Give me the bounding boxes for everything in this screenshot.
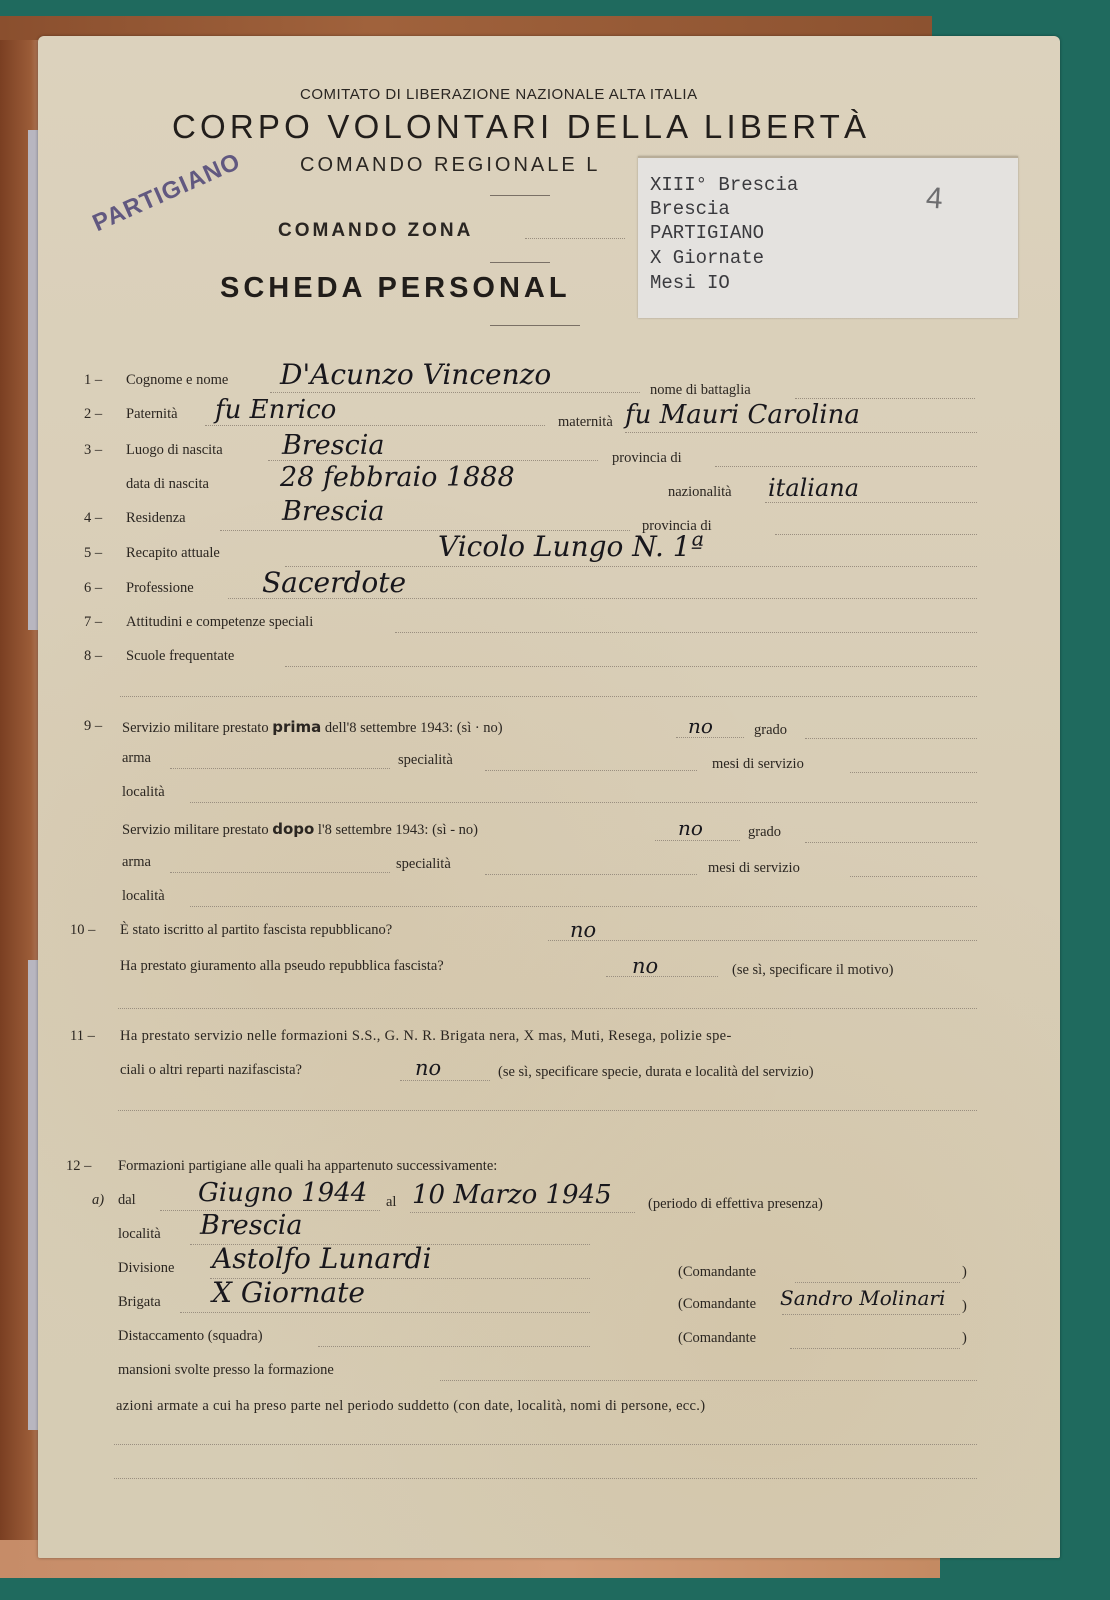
- division-commander-label: (Comandante: [678, 1264, 756, 1281]
- armed-actions-field-2: [114, 1478, 977, 1479]
- birthplace-label: Luogo di nascita: [126, 442, 223, 459]
- arm-label: arma: [122, 750, 151, 767]
- specialty-label-2: specialità: [396, 856, 451, 873]
- field-number: 7 –: [84, 614, 102, 631]
- dotted-line: [400, 1080, 490, 1081]
- paternity-label: Paternità: [126, 406, 178, 423]
- from-date-value: Giugno 1944: [198, 1178, 367, 1208]
- profession-value: Sacerdote: [262, 566, 406, 599]
- rank-field-2: [805, 842, 977, 843]
- maternity-value: fu Mauri Carolina: [625, 400, 860, 430]
- to-date-value: 10 Marzo 1945: [412, 1180, 612, 1210]
- zone-command-heading: COMANDO ZONA: [278, 220, 473, 242]
- label-line: PARTIGIANO: [650, 222, 764, 244]
- partisan-formations-title: Formazioni partigiane alle quali ha appa…: [118, 1158, 497, 1175]
- service-after-label: Servizio militare prestato dopo l'8 sett…: [122, 820, 478, 839]
- close-paren: ): [962, 1298, 967, 1315]
- divider: [490, 325, 580, 326]
- ss-service-answer: no: [415, 1056, 441, 1080]
- field-number: 2 –: [84, 406, 102, 423]
- service-before-label: Servizio militare prestato prima dell'8 …: [122, 718, 503, 737]
- ss-service-detail-field: [118, 1110, 977, 1111]
- typed-label-card: XIII° Brescia Brescia PARTIGIANO X Giorn…: [638, 156, 1018, 318]
- nationality-value: italiana: [768, 474, 859, 502]
- months-label: mesi di servizio: [712, 756, 804, 773]
- armed-actions-label: azioni armate a cui ha preso parte nel p…: [116, 1398, 705, 1415]
- ss-service-note: (se sì, specificare specie, durata e loc…: [498, 1064, 814, 1081]
- locality-label-2: località: [122, 888, 165, 905]
- field-number: 9 –: [84, 718, 102, 735]
- name-label: Cognome e nome: [126, 372, 228, 389]
- brigade-commander-label: (Comandante: [678, 1296, 756, 1313]
- label-line: X Giornate: [650, 247, 764, 269]
- field-number: 4 –: [84, 510, 102, 527]
- label-line: Brescia: [650, 198, 730, 220]
- to-label: al: [386, 1194, 396, 1211]
- address-value: Vicolo Lungo N. 1ª: [438, 530, 704, 563]
- field-number: 10 –: [70, 922, 95, 939]
- oath-question: Ha prestato giuramento alla pseudo repub…: [120, 958, 444, 975]
- residence-label: Residenza: [126, 510, 186, 527]
- form-title: SCHEDA PERSONAL: [220, 272, 571, 305]
- close-paren: ): [962, 1330, 967, 1347]
- service-before-date: dell'8 settembre 1943: (sì · no): [325, 720, 503, 736]
- rank-label-2: grado: [748, 824, 781, 841]
- brigade-label: Brigata: [118, 1294, 161, 1311]
- divider: [490, 262, 550, 263]
- rank-label: grado: [754, 722, 787, 739]
- arm-field: [170, 768, 390, 769]
- dotted-line: [410, 1212, 635, 1213]
- arm-field-2: [170, 872, 390, 873]
- divider: [490, 195, 550, 196]
- service-before-value: no: [688, 714, 713, 738]
- birthplace-value: Brescia: [282, 430, 384, 461]
- service-after-text: Servizio militare prestato: [122, 822, 269, 838]
- maternity-label: maternità: [558, 414, 613, 431]
- dotted-line: [548, 940, 977, 941]
- battle-name-field: [795, 398, 975, 399]
- brigade-commander-value: Sandro Molinari: [780, 1286, 945, 1310]
- schools-field-2: [120, 696, 977, 697]
- dotted-line: [655, 840, 740, 841]
- brigade-value: X Giornate: [212, 1276, 365, 1309]
- duties-field: [440, 1380, 977, 1381]
- from-label: dal: [118, 1192, 136, 1209]
- field-number: 3 –: [84, 442, 102, 459]
- specialty-field-2: [485, 874, 697, 875]
- zone-field: [525, 238, 625, 239]
- oath-reason-field: [118, 1008, 977, 1009]
- ss-service-question-2: ciali o altri reparti nazifascista?: [120, 1062, 302, 1079]
- regional-command-heading: COMANDO REGIONALE L: [300, 154, 600, 177]
- dotted-line: [782, 1314, 960, 1315]
- rank-field: [805, 738, 977, 739]
- service-before-text: Servizio militare prestato: [122, 720, 269, 736]
- pencil-mark: 4: [925, 181, 944, 216]
- formation-locality-value: Brescia: [200, 1210, 302, 1241]
- service-after-bold: dopo: [272, 820, 314, 838]
- dotted-line: [205, 425, 545, 426]
- oath-answer: no: [632, 954, 658, 978]
- dotted-line: [625, 432, 977, 433]
- birthdate-value: 28 febbraio 1888: [280, 462, 515, 493]
- specialty-label: specialità: [398, 752, 453, 769]
- locality-field-2: [190, 906, 977, 907]
- field-number: 11 –: [70, 1028, 95, 1045]
- detachment-field: [318, 1346, 590, 1347]
- period-note: (periodo di effettiva presenza): [648, 1196, 823, 1213]
- close-paren: ): [962, 1264, 967, 1281]
- province-field: [715, 466, 977, 467]
- division-value: Astolfo Lunardi: [212, 1242, 431, 1275]
- corps-heading: CORPO VOLONTARI DELLA LIBERTÀ: [172, 108, 870, 146]
- field-number: 5 –: [84, 545, 102, 562]
- item-marker: a): [92, 1192, 104, 1209]
- field-number: 6 –: [84, 580, 102, 597]
- service-after-value: no: [678, 816, 703, 840]
- province-label: provincia di: [612, 450, 682, 467]
- months-field: [850, 772, 977, 773]
- field-number: 12 –: [66, 1158, 91, 1175]
- field-number: 1 –: [84, 372, 102, 389]
- months-label-2: mesi di servizio: [708, 860, 800, 877]
- province-field-2: [775, 534, 977, 535]
- field-number: 8 –: [84, 648, 102, 665]
- ss-service-question: Ha prestato servizio nelle formazioni S.…: [120, 1028, 732, 1045]
- oath-note: (se sì, specificare il motivo): [732, 962, 893, 979]
- address-label: Recapito attuale: [126, 545, 220, 562]
- profession-label: Professione: [126, 580, 194, 597]
- division-label: Divisione: [118, 1260, 174, 1277]
- service-before-bold: prima: [272, 718, 321, 736]
- fascist-party-question: È stato iscritto al partito fascista rep…: [120, 922, 392, 939]
- label-line: XIII° Brescia: [650, 174, 798, 196]
- schools-label: Scuole frequentate: [126, 648, 234, 665]
- dotted-line: [765, 502, 977, 503]
- arm-label-2: arma: [122, 854, 151, 871]
- battle-name-label: nome di battaglia: [650, 382, 751, 399]
- detachment-commander-label: (Comandante: [678, 1330, 756, 1347]
- detachment-commander-field: [790, 1348, 960, 1349]
- label-line: Mesi IO: [650, 272, 730, 294]
- fascist-party-answer: no: [570, 918, 596, 942]
- detachment-label: Distaccamento (squadra): [118, 1328, 263, 1345]
- skills-label: Attitudini e competenze speciali: [126, 614, 313, 631]
- months-field-2: [850, 876, 977, 877]
- residence-value: Brescia: [282, 496, 384, 527]
- service-after-date: l'8 settembre 1943: (sì - no): [318, 822, 478, 838]
- skills-field: [395, 632, 977, 633]
- dotted-line: [180, 1312, 590, 1313]
- formation-locality-label: località: [118, 1226, 161, 1243]
- committee-heading: COMITATO DI LIBERAZIONE NAZIONALE ALTA I…: [300, 86, 698, 103]
- duties-label: mansioni svolte presso la formazione: [118, 1362, 334, 1379]
- locality-field: [190, 802, 977, 803]
- dotted-line: [606, 976, 718, 977]
- birthdate-label: data di nascita: [126, 476, 209, 493]
- division-commander-field: [795, 1282, 960, 1283]
- specialty-field: [485, 770, 697, 771]
- nationality-label: nazionalità: [668, 484, 732, 501]
- name-value: D'Acunzo Vincenzo: [280, 358, 551, 391]
- armed-actions-field: [114, 1444, 977, 1445]
- schools-field: [285, 666, 977, 667]
- paternity-value: fu Enrico: [215, 395, 336, 425]
- locality-label: località: [122, 784, 165, 801]
- dotted-line: [270, 392, 640, 393]
